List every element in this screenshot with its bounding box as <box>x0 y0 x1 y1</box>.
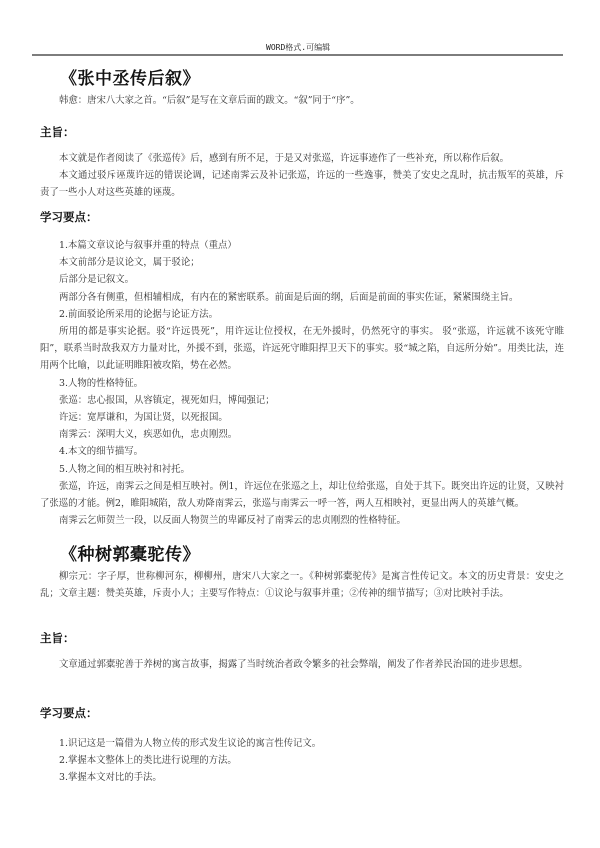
point-line: 3.掌握本文对比的手法。 <box>40 769 564 786</box>
author-intro: 柳宗元：字子厚，世称柳河东，柳柳州，唐宋八大家之一。《种树郭橐驼传》是寓言性传记… <box>40 568 564 602</box>
header-divider <box>32 54 563 56</box>
point-line: 许远：宽厚谦和，为国让贤，以死报国。 <box>40 409 564 426</box>
point-line: 2.掌握本文整体上的类比进行说理的方法。 <box>40 752 564 769</box>
point-line: 两部分各有侧重，但相辅相成，有内在的紧密联系。前面是后面的纲，后面是前面的事实佐… <box>40 289 564 306</box>
point-line: 后部分是记叙文。 <box>40 271 564 288</box>
theme-paragraph: 文章通过郭橐驼善于养树的寓言故事，揭露了当时统治者政令繁多的社会弊端，阐发了作者… <box>40 656 564 673</box>
point-line: 所用的都是事实论据。驳“许远畏死”，用许远让位授权，在无外援时，仍然死守的事实。… <box>40 323 564 375</box>
intro-text: 柳宗元：字子厚，世称柳河东，柳柳州，唐宋八大家之一。《种树郭橐驼传》是寓言性传记… <box>40 568 564 602</box>
point-line: 南霁云：深明大义，疾恶如仇，忠贞刚烈。 <box>40 426 564 443</box>
point-line: 张巡，许远，南霁云之间是相互映衬。例1，许远位在张巡之上，却让位给张巡，自处于其… <box>40 478 564 512</box>
point-line: 1.本篇文章议论与叙事并重的特点（重点） <box>40 237 564 254</box>
points-body: 1.识记这是一篇借为人物立传的形式发生议论的寓言性传记文。 2.掌握本文整体上的… <box>40 735 564 787</box>
point-line: 2.前面驳论所采用的论据与论证方法。 <box>40 306 564 323</box>
point-line: 1.识记这是一篇借为人物立传的形式发生议论的寓言性传记文。 <box>40 735 564 752</box>
theme-paragraph: 本文就是作者阅读了《张巡传》后，感到有所不足，于是又对张巡，许远事迹作了一些补充… <box>40 150 564 167</box>
theme-heading: 主旨： <box>40 124 75 140</box>
theme-paragraph: 本文通过驳斥诬蔑许远的错误论调，记述南霁云及补记张巡，许远的一些逸事，赞美了安史… <box>40 167 564 201</box>
point-line: 本文前部分是议论文，属于驳论； <box>40 254 564 271</box>
theme-heading: 主旨： <box>40 630 75 646</box>
points-body: 1.本篇文章议论与叙事并重的特点（重点） 本文前部分是议论文，属于驳论； 后部分… <box>40 237 564 529</box>
point-line: 4.本文的细节描写。 <box>40 443 564 460</box>
point-line: 5.人物之间的相互映衬和衬托。 <box>40 461 564 478</box>
author-intro: 韩愈：唐宋八大家之首。“后叙”是写在文章后面的跋文。“叙”同于“序”。 <box>40 92 564 109</box>
section-title: 《张中丞传后叙》 <box>60 64 200 89</box>
header-text: WORD格式.可编辑 <box>266 42 330 53</box>
intro-text: 韩愈：唐宋八大家之首。“后叙”是写在文章后面的跋文。“叙”同于“序”。 <box>40 92 564 109</box>
point-line: 张巡：忠心报国，从容镇定，视死如归，博闻强记； <box>40 392 564 409</box>
points-heading: 学习要点： <box>40 209 98 225</box>
point-line: 南霁云乞师贺兰一段，以反面人物贺兰的卑鄙反衬了南霁云的忠贞刚烈的性格特征。 <box>40 512 564 529</box>
points-heading: 学习要点： <box>40 705 98 721</box>
theme-body: 本文就是作者阅读了《张巡传》后，感到有所不足，于是又对张巡，许远事迹作了一些补充… <box>40 150 564 202</box>
section-title: 《种树郭橐驼传》 <box>60 540 200 565</box>
theme-body: 文章通过郭橐驼善于养树的寓言故事，揭露了当时统治者政令繁多的社会弊端，阐发了作者… <box>40 656 564 673</box>
point-line: 3.人物的性格特征。 <box>40 375 564 392</box>
